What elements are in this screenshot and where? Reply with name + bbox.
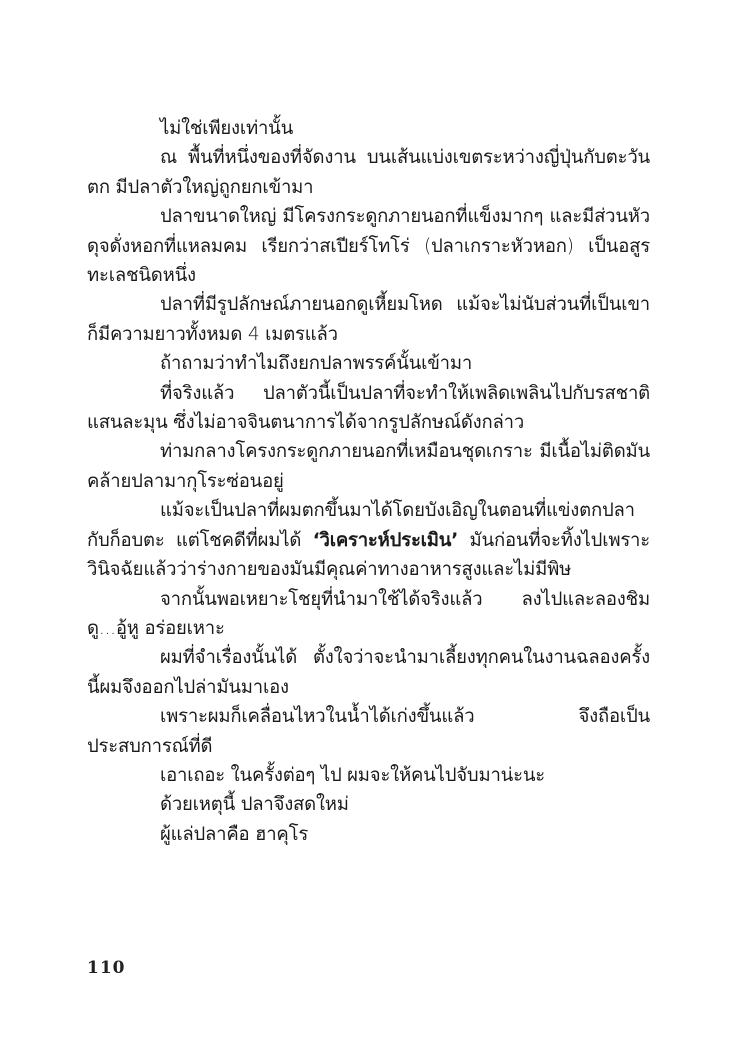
emphasized-term: ‘วิเคราะห์ประเมิน’ xyxy=(313,530,458,551)
paragraph: เพราะผมก็เคลื่อนไหวในน้ำได้เก่งขึ้นแล้ว … xyxy=(87,702,650,761)
page-number: 110 xyxy=(87,958,126,978)
paragraph: ปลาขนาดใหญ่ มีโครงกระดูกภายนอกที่แข็งมาก… xyxy=(87,202,650,290)
paragraph: เอาเถอะ ในครั้งต่อๆ ไป ผมจะให้คนไปจับมาน… xyxy=(87,761,650,790)
book-page: ไม่ใช่เพียงเท่านั้น ณ พื้นที่หนึ่งของที่… xyxy=(0,0,738,1051)
paragraph: จากนั้นพอเหยาะโชยุที่นำมาใช้ได้จริงแล้ว … xyxy=(87,585,650,644)
body-text: ไม่ใช่เพียงเท่านั้น ณ พื้นที่หนึ่งของที่… xyxy=(87,114,650,849)
paragraph: ณ พื้นที่หนึ่งของที่จัดงาน บนเส้นแบ่งเขต… xyxy=(87,143,650,202)
paragraph: ที่จริงแล้ว ปลาตัวนี้เป็นปลาที่จะทำให้เพ… xyxy=(87,379,650,438)
paragraph: ถ้าถามว่าทำไมถึงยกปลาพรรค์นั้นเข้ามา xyxy=(87,349,650,378)
paragraph: ไม่ใช่เพียงเท่านั้น xyxy=(87,114,650,143)
paragraph: ผู้แล่ปลาคือ ฮาคุโร xyxy=(87,820,650,849)
paragraph: ด้วยเหตุนี้ ปลาจึงสดใหม่ xyxy=(87,790,650,819)
paragraph: ปลาที่มีรูปลักษณ์ภายนอกดูเหี้ยมโหด แม้จะ… xyxy=(87,290,650,349)
paragraph: ท่ามกลางโครงกระดูกภายนอกที่เหมือนชุดเกรา… xyxy=(87,437,650,496)
paragraph: ผมที่จำเรื่องนั้นได้ ตั้งใจว่าจะนำมาเลี้… xyxy=(87,643,650,702)
paragraph: แม้จะเป็นปลาที่ผมตกขึ้นมาได้โดยบังเอิญใน… xyxy=(87,496,650,584)
